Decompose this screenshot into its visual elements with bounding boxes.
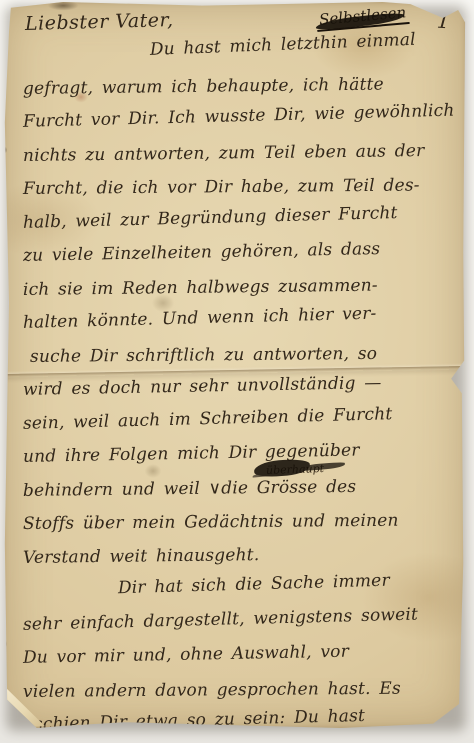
letter-line: und ihre Folgen mich Dir gegenüber [18, 433, 461, 475]
letter-line: behindern und weil ∨die Grösse des [18, 469, 460, 508]
salutation: Liebster Vater, [25, 9, 174, 35]
scanned-letter-page: Liebster Vater, Selbstlesen 1 Du hast mi… [0, 0, 474, 743]
letter-line: Du vor mir und, ohne Auswahl, vor [18, 634, 461, 676]
letter-line: Stoffs über mein Gedächtnis und meinen [18, 504, 460, 541]
letter-line: nichts zu antworten, zum Teil eben aus d… [18, 134, 460, 173]
letter-paper: Liebster Vater, Selbstlesen 1 Du hast mi… [3, 2, 466, 728]
letter-line: zu viele Einzelheiten gehören, als dass [18, 232, 461, 274]
letter-body: Du hast mich letzthin einmal gefragt, wa… [18, 39, 460, 728]
